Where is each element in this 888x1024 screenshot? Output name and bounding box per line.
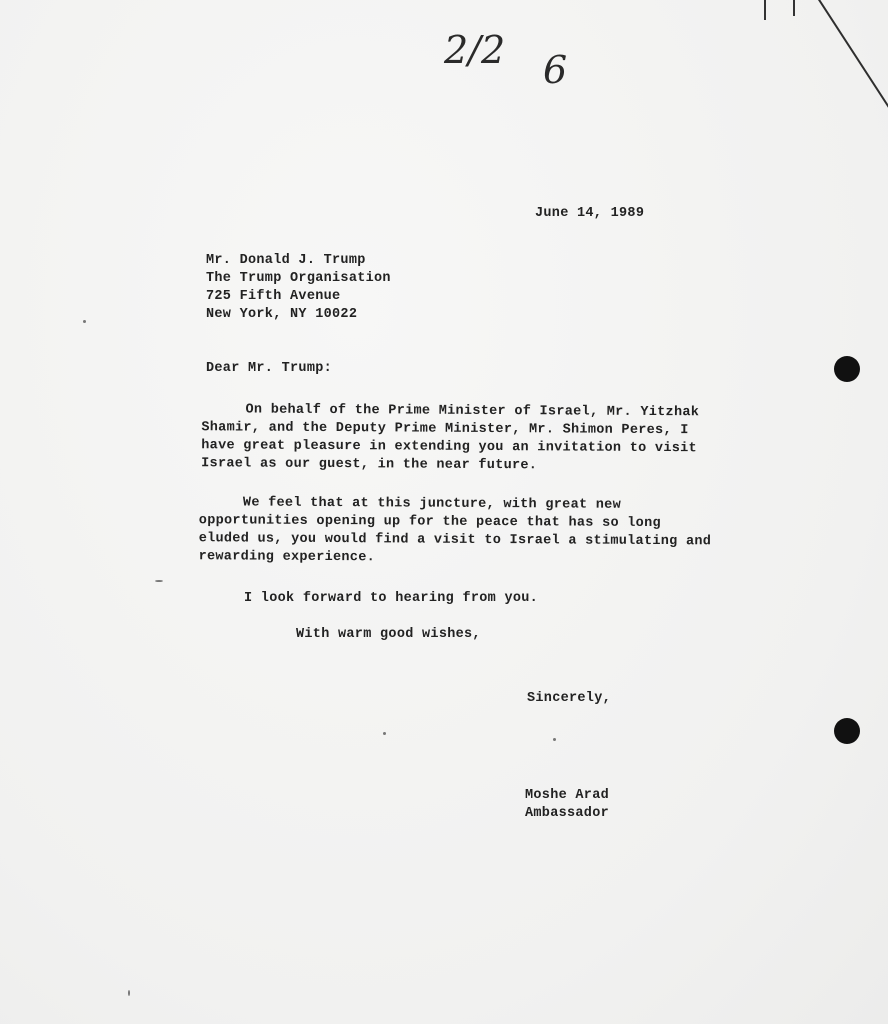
recipient-line: Mr. Donald J. Trump <box>206 252 366 270</box>
scan-speck <box>155 580 163 582</box>
salutation: Dear Mr. Trump: <box>206 360 332 378</box>
scan-speck <box>553 738 556 741</box>
handwritten-number: 6 <box>543 48 567 92</box>
body-paragraph: I look forward to hearing from you. <box>202 590 538 608</box>
handwritten-page-fraction: 2/2 <box>444 28 505 72</box>
letter-date: June 14, 1989 <box>535 205 644 223</box>
body-paragraph: We feel that at this juncture, with grea… <box>0 0 888 5</box>
pen-slash-mark <box>818 0 888 126</box>
scanned-letter-page: 2/2 6 June 14, 1989 Mr. Donald J. Trump … <box>0 0 888 1024</box>
paragraph-line: Israel as our guest, in the near future. <box>201 455 537 475</box>
scan-speck <box>383 732 386 735</box>
body-paragraph: On behalf of the Prime Minister of Israe… <box>0 0 888 5</box>
punch-hole <box>834 356 860 382</box>
scan-speck <box>128 990 130 996</box>
pen-mark <box>764 0 766 20</box>
paragraph-line: rewarding experience. <box>199 548 376 567</box>
signatory-title: Ambassador <box>525 805 609 823</box>
recipient-line: 725 Fifth Avenue <box>206 288 340 306</box>
punch-hole <box>834 718 860 744</box>
pen-mark <box>793 0 795 16</box>
scan-speck <box>83 320 86 323</box>
recipient-line: New York, NY 10022 <box>206 306 357 324</box>
recipient-line: The Trump Organisation <box>206 270 391 288</box>
sign-off: Sincerely, <box>527 690 611 708</box>
closing-wish: With warm good wishes, <box>296 626 481 644</box>
signatory-name: Moshe Arad <box>525 787 609 805</box>
